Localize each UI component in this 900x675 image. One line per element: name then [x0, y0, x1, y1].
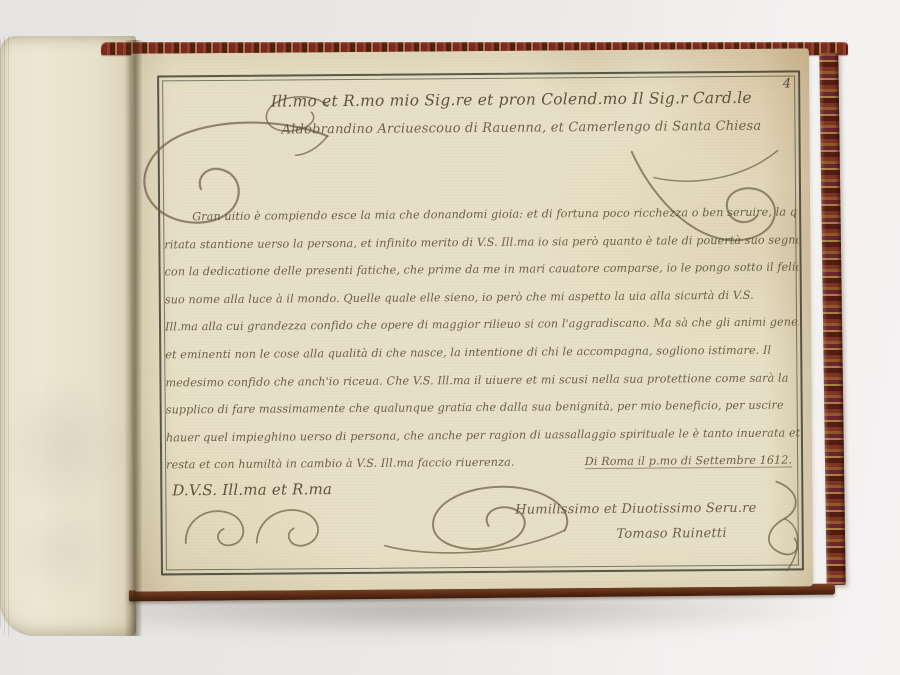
ink-showthrough [18, 506, 110, 596]
left-blank-page [0, 36, 136, 636]
manuscript-closing-line: resta et con humiltà in cambio à V.S. Il… [166, 447, 800, 480]
manuscript-page: 4 Ill.mo et R.mo mio Sig.re et pron Cole… [131, 48, 813, 591]
closing-phrase: resta et con humiltà in cambio à V.S. Il… [166, 449, 515, 479]
valediction: D.V.S. Ill.ma et R.ma [172, 480, 332, 499]
gilt-tooled-cover-edge [819, 53, 845, 585]
page-stack-edge [0, 36, 12, 636]
manuscript-line: Gran uitio è compiendo esce la mia che d… [164, 198, 798, 231]
signature-line2: Tomaso Ruinetti [616, 526, 726, 542]
photo-background: 4 Ill.mo et R.mo mio Sig.re et pron Cole… [0, 0, 900, 675]
signature-line1: Humilissimo et Diuotissimo Seru.re [515, 501, 756, 518]
letter-body: Gran uitio è compiendo esce la mia che d… [164, 198, 800, 479]
book-gutter-shadow [124, 40, 142, 636]
page-number: 4 [783, 76, 791, 91]
dateline: Di Roma il p.mo di Settembre 1612. [585, 447, 793, 476]
ink-showthrough [8, 376, 120, 516]
manuscript-line: et eminenti non le cose alla qualità di … [165, 336, 799, 369]
